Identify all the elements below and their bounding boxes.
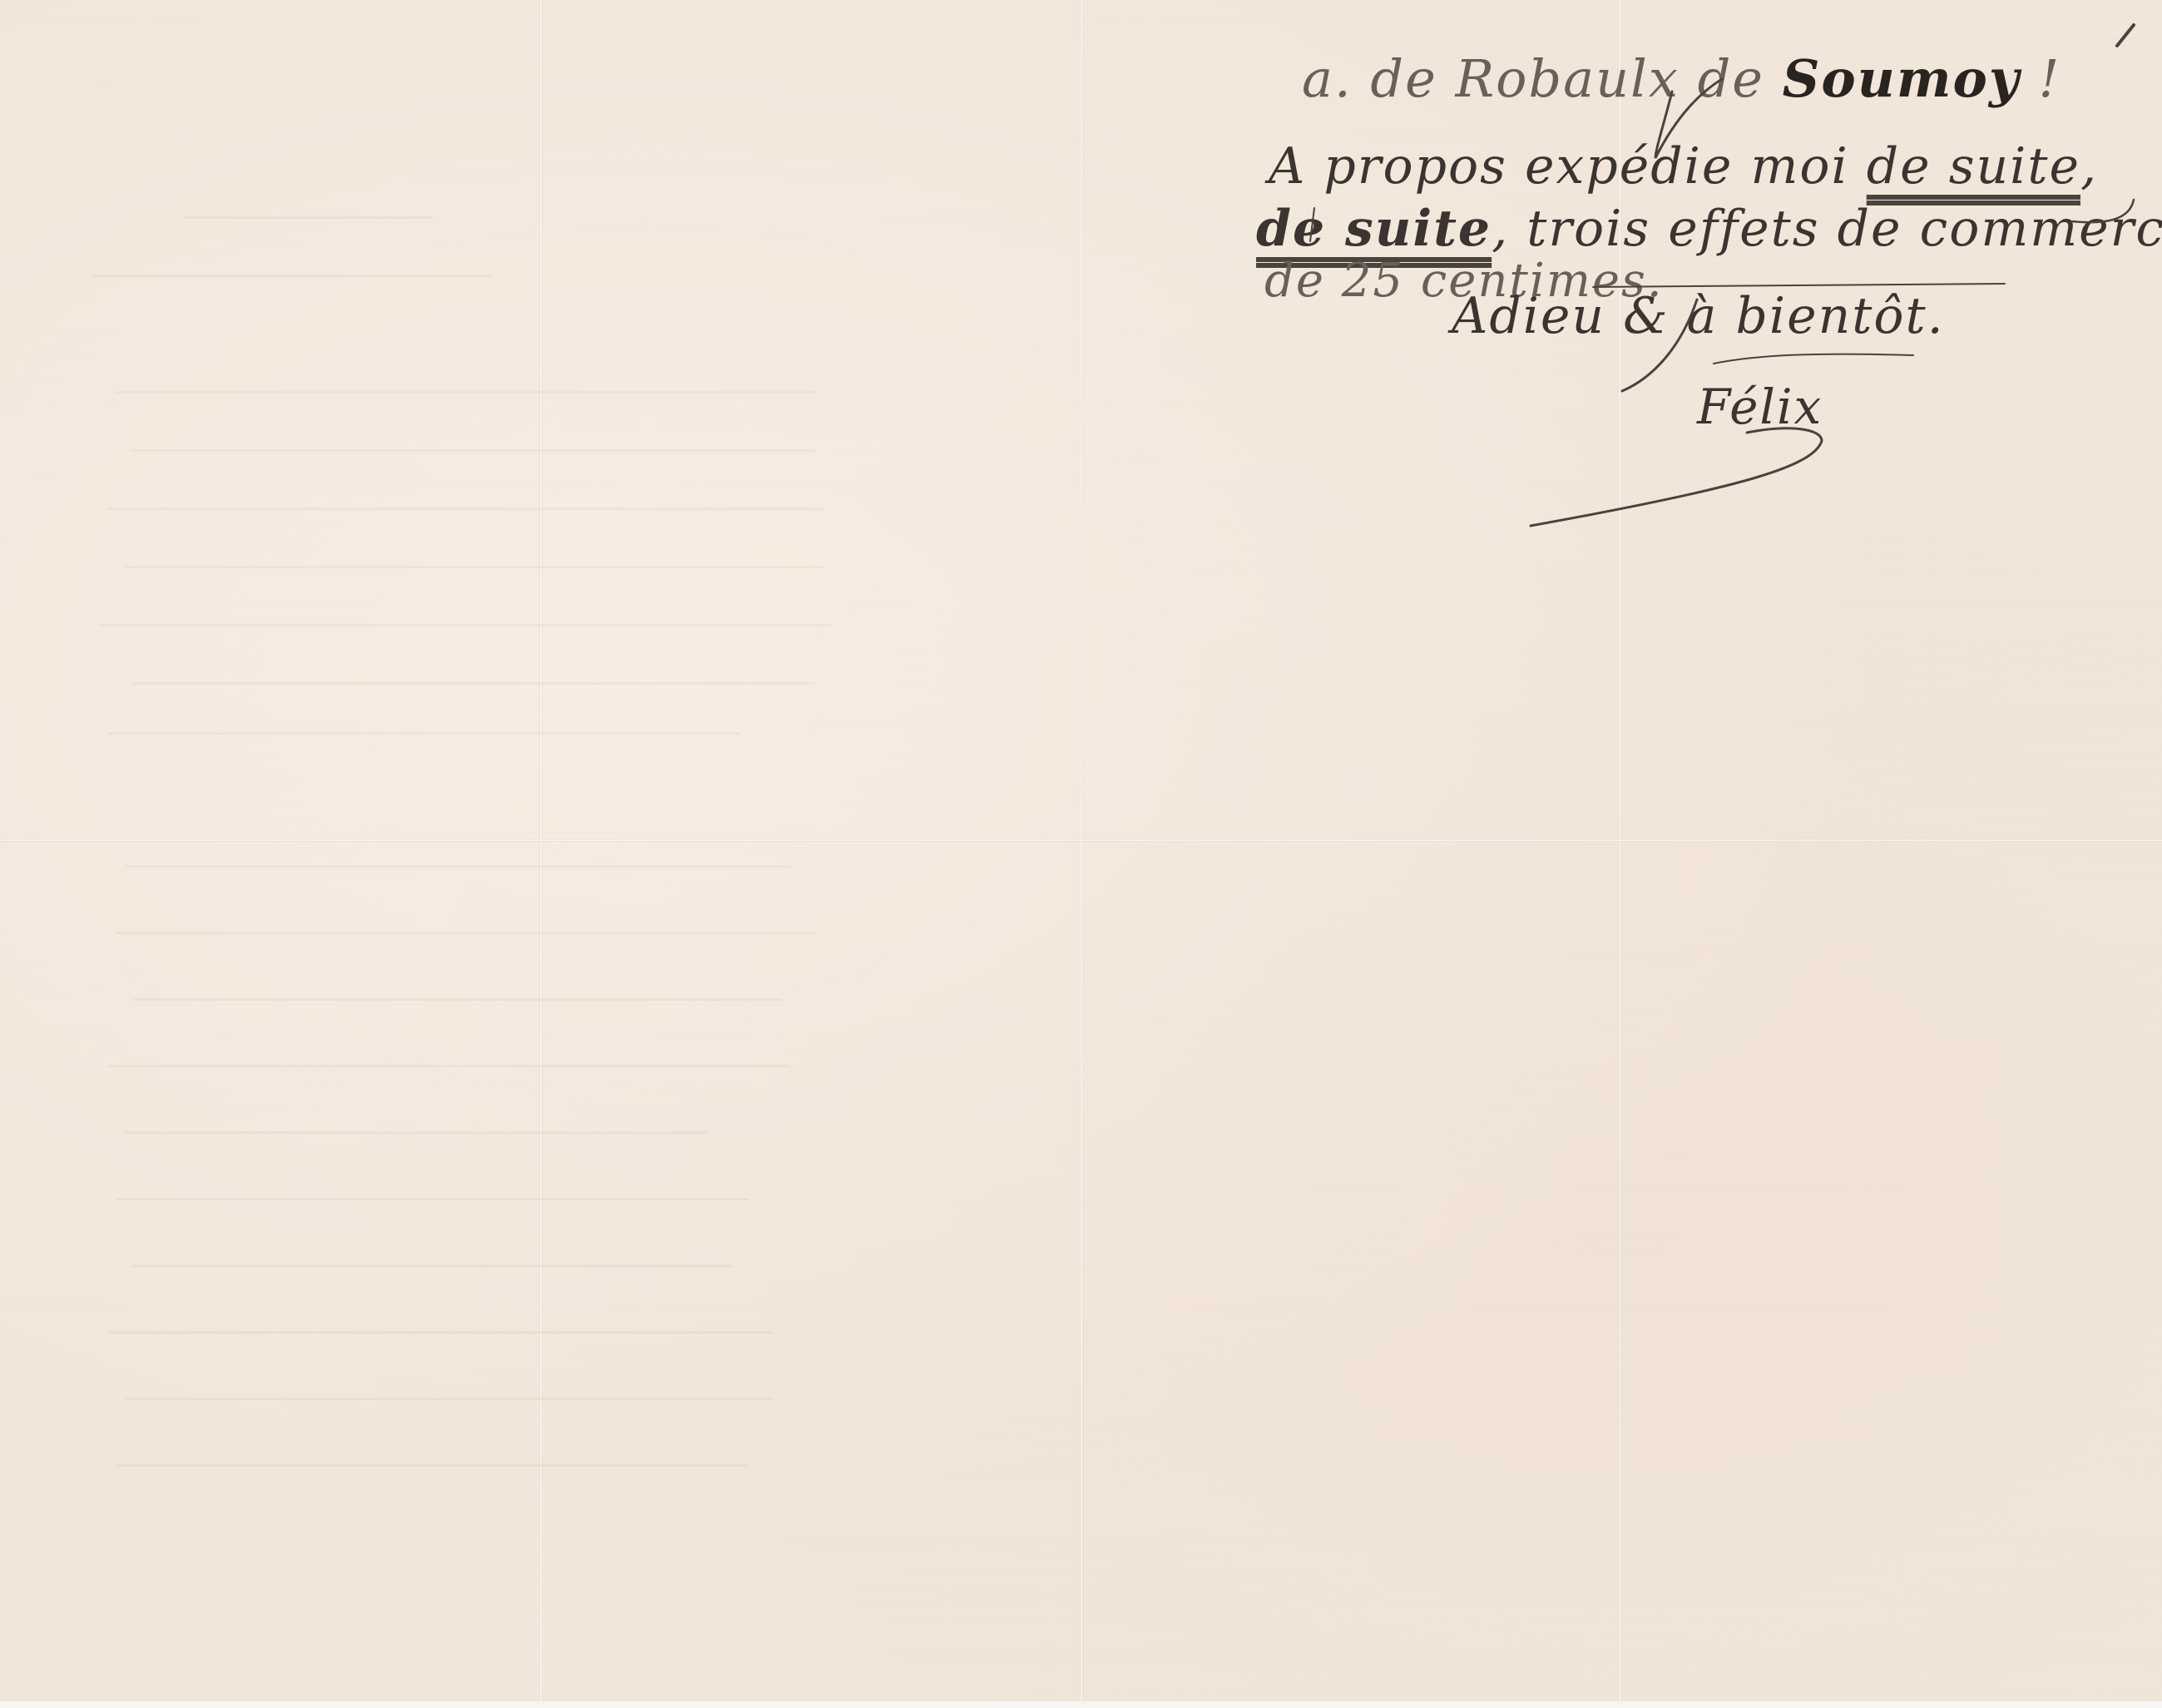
letter-page: a. de Robaulx de Soumoy ! A propos expéd… — [0, 0, 2162, 1701]
ink-flourishes — [0, 0, 2162, 1701]
scan-bottom-edge — [0, 1701, 2162, 1708]
